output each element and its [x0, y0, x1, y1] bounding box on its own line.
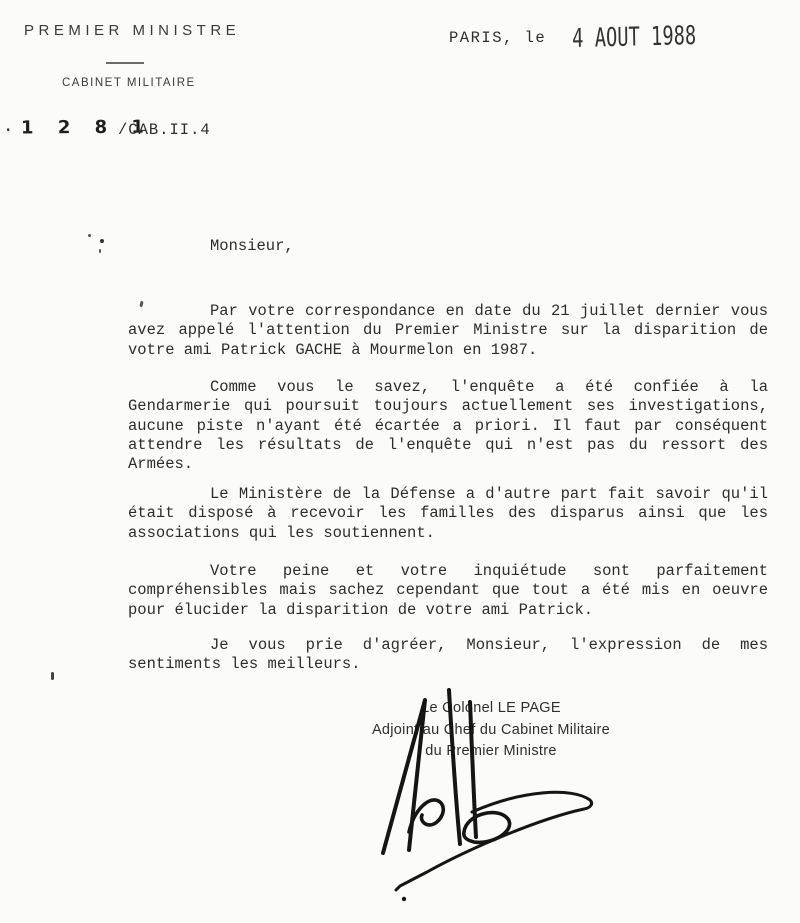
paragraph-2: Comme vous le savez, l'enquête a été con…: [128, 378, 768, 474]
paragraph-4: Votre peine et votre inquiétude sont par…: [128, 562, 768, 620]
letterhead-org: PREMIER MINISTRE: [24, 22, 240, 39]
letter-page: PREMIER MINISTRE CABINET MILITAIRE · 1 2…: [0, 0, 800, 923]
scan-speck: [51, 672, 54, 680]
letterhead-sub-org: CABINET MILITAIRE: [62, 77, 196, 89]
dateline-place: PARIS, le: [449, 29, 546, 47]
reference-dot: ·: [5, 118, 11, 142]
scan-speck: [99, 249, 101, 253]
date-stamp: 4 AOUT 1988: [572, 21, 696, 54]
scan-speck: [88, 234, 91, 237]
paragraph-5: Je vous prie d'agréer, Monsieur, l'expre…: [128, 636, 768, 675]
letterhead-divider: [106, 62, 144, 64]
salutation: Monsieur,: [210, 237, 294, 255]
reference-suffix: /CAB.II.4: [118, 121, 211, 139]
scan-speck: [100, 239, 104, 243]
signature-handwritten: [352, 682, 612, 912]
paragraph-1: Par votre correspondance en date du 21 j…: [128, 302, 768, 360]
paragraph-3: Le Ministère de la Défense a d'autre par…: [128, 485, 768, 543]
